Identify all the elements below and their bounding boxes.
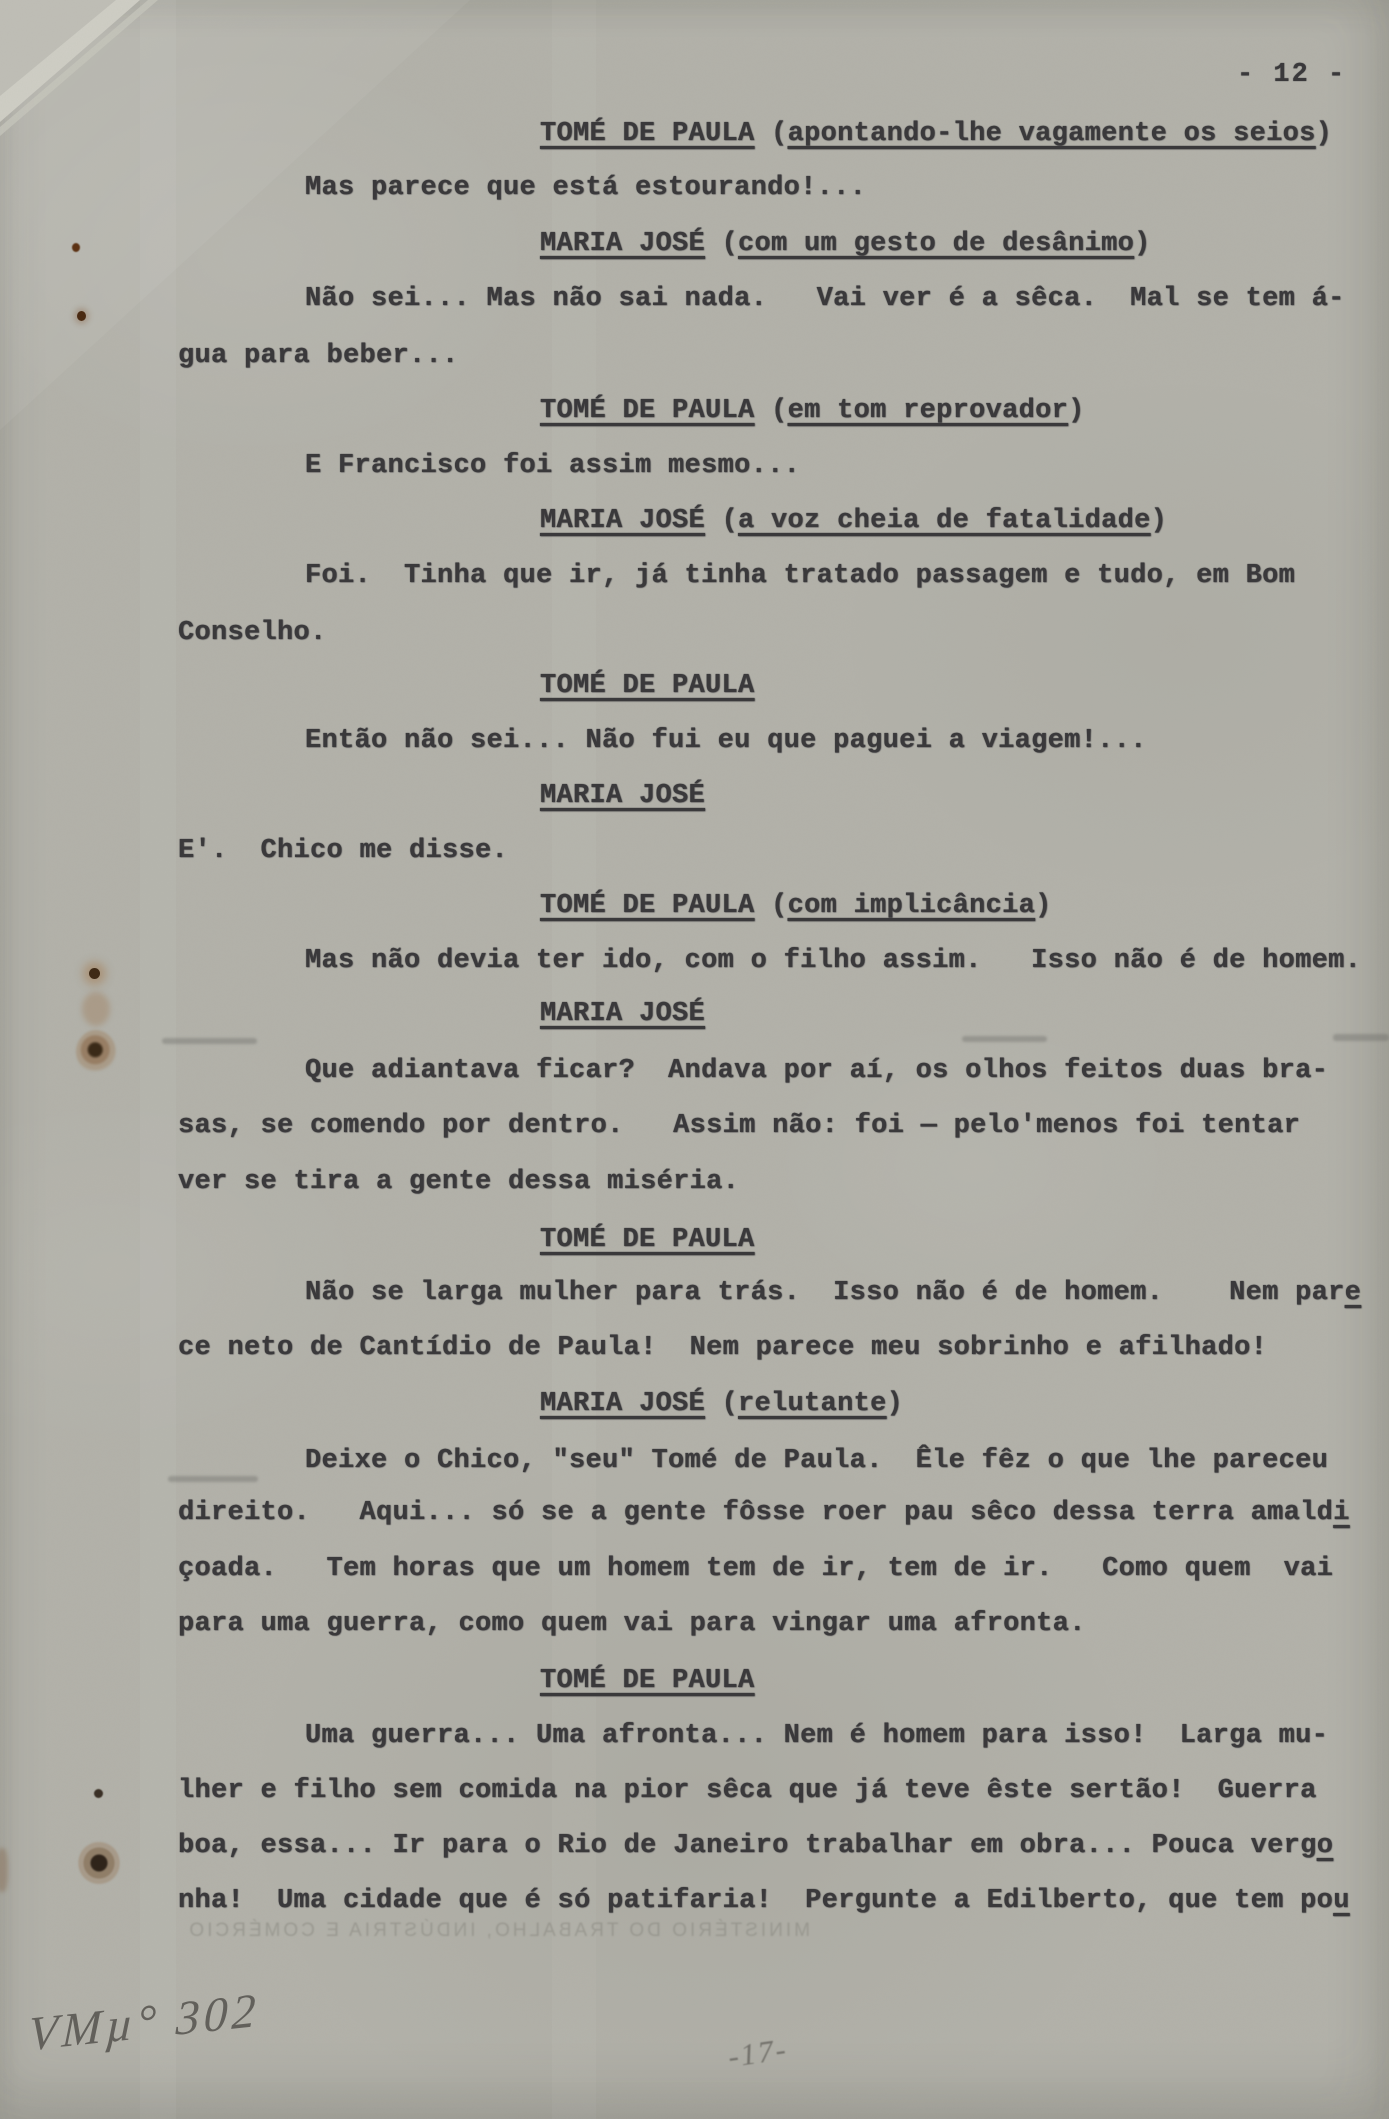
rust-stain [76, 1030, 116, 1074]
dialogue-line: Foi. Tinha que ir, já tinha tratado pass… [305, 560, 1295, 592]
character-name: TOMÉ DE PAULA [540, 891, 755, 921]
character-cue: TOMÉ DE PAULA (com implicância) [540, 890, 1052, 922]
character-cue: MARIA JOSÉ (com um gesto de desânimo) [540, 228, 1151, 260]
character-name: TOMÉ DE PAULA [540, 1666, 755, 1696]
dialogue-line: para uma guerra, como quem vai para ving… [178, 1608, 1086, 1640]
stage-direction: com um gesto de desânimo [738, 229, 1134, 259]
character-name: MARIA JOSÉ [540, 1389, 705, 1419]
ghost-stamp-text: MINISTÉRIO DO TRABALHO, INDÚSTRIA E COMÉ… [150, 1920, 810, 1942]
stage-direction: a voz cheia de fatalidade [738, 506, 1151, 536]
page-number: - 12 - [1237, 60, 1346, 90]
ink-spot [94, 1789, 103, 1798]
dialogue-line: Conselho. [178, 617, 327, 649]
character-cue: MARIA JOSÉ [540, 998, 705, 1030]
dialogue-line: lher e filho sem comida na pior sêca que… [178, 1775, 1317, 1807]
dialogue-line: Mas não devia ter ido, com o filho assim… [305, 945, 1361, 977]
stage-direction: apontando-lhe vagamente os seios [788, 119, 1316, 149]
edge-stain [0, 1848, 8, 1892]
scanned-script-page: { "document": { "page_number": "- 12 -",… [0, 0, 1389, 2119]
rust-stain [89, 968, 100, 979]
ink-spot [72, 243, 80, 252]
smudge-mark [168, 1476, 258, 1482]
character-cue: TOMÉ DE PAULA (apontando-lhe vagamente o… [540, 118, 1332, 150]
ink-spot [77, 311, 86, 321]
dialogue-line: Não sei... Mas não sai nada. Vai ver é a… [305, 283, 1345, 315]
dialogue-line: Uma guerra... Uma afronta... Nem é homem… [305, 1720, 1328, 1752]
character-name: TOMÉ DE PAULA [540, 671, 755, 701]
dialogue-line: Mas parece que está estourando!... [305, 172, 866, 204]
character-cue: MARIA JOSÉ [540, 780, 705, 812]
character-cue: TOMÉ DE PAULA (em tom reprovador) [540, 395, 1085, 427]
dialogue-line: gua para beber... [178, 340, 459, 372]
dialogue-line: Que adiantava ficar? Andava por aí, os o… [305, 1055, 1328, 1087]
dialogue-line: E Francisco foi assim mesmo... [305, 450, 800, 482]
character-name: MARIA JOSÉ [540, 229, 705, 259]
character-cue: MARIA JOSÉ (a voz cheia de fatalidade) [540, 505, 1167, 537]
smudge-mark [1333, 1034, 1389, 1041]
character-name: TOMÉ DE PAULA [540, 396, 755, 426]
stage-direction: em tom reprovador [788, 396, 1069, 426]
character-name: TOMÉ DE PAULA [540, 119, 755, 149]
dialogue-line: ver se tira a gente dessa miséria. [178, 1166, 739, 1198]
continuation-letter: o [1317, 1831, 1334, 1861]
rust-stain [82, 992, 110, 1026]
smudge-mark [962, 1036, 1047, 1042]
dialogue-line: sas, se comendo por dentro. Assim não: f… [178, 1110, 1300, 1142]
dialogue-line: Então não sei... Não fui eu que paguei a… [305, 725, 1147, 757]
dialogue-line: Deixe o Chico, "seu" Tomé de Paula. Êle … [305, 1445, 1328, 1477]
continuation-letter: u [1333, 1886, 1350, 1916]
continuation-letter: e [1345, 1278, 1362, 1308]
stage-direction: relutante [738, 1389, 887, 1419]
dialogue-line: nha! Uma cidade que é só patifaria! Perg… [178, 1885, 1350, 1917]
character-name: TOMÉ DE PAULA [540, 1225, 755, 1255]
character-cue: TOMÉ DE PAULA [540, 1665, 755, 1697]
dialogue-line: E'. Chico me disse. [178, 835, 508, 867]
character-name: MARIA JOSÉ [540, 506, 705, 536]
rust-stain [78, 1840, 120, 1886]
dialogue-line: boa, essa... Ir para o Rio de Janeiro tr… [178, 1830, 1333, 1862]
dialogue-line: Não se larga mulher para trás. Isso não … [305, 1277, 1361, 1309]
stage-direction: com implicância [788, 891, 1036, 921]
smudge-mark [162, 1038, 257, 1044]
character-name: MARIA JOSÉ [540, 999, 705, 1029]
character-cue: TOMÉ DE PAULA [540, 670, 755, 702]
dialogue-line: ce neto de Cantídio de Paula! Nem parece… [178, 1332, 1267, 1364]
character-cue: MARIA JOSÉ (relutante) [540, 1388, 903, 1420]
continuation-letter: i [1333, 1498, 1350, 1528]
dialogue-line: direito. Aqui... só se a gente fôsse roe… [178, 1497, 1350, 1529]
dialogue-line: çoada. Tem horas que um homem tem de ir,… [178, 1553, 1333, 1585]
character-cue: TOMÉ DE PAULA [540, 1224, 755, 1256]
character-name: MARIA JOSÉ [540, 781, 705, 811]
